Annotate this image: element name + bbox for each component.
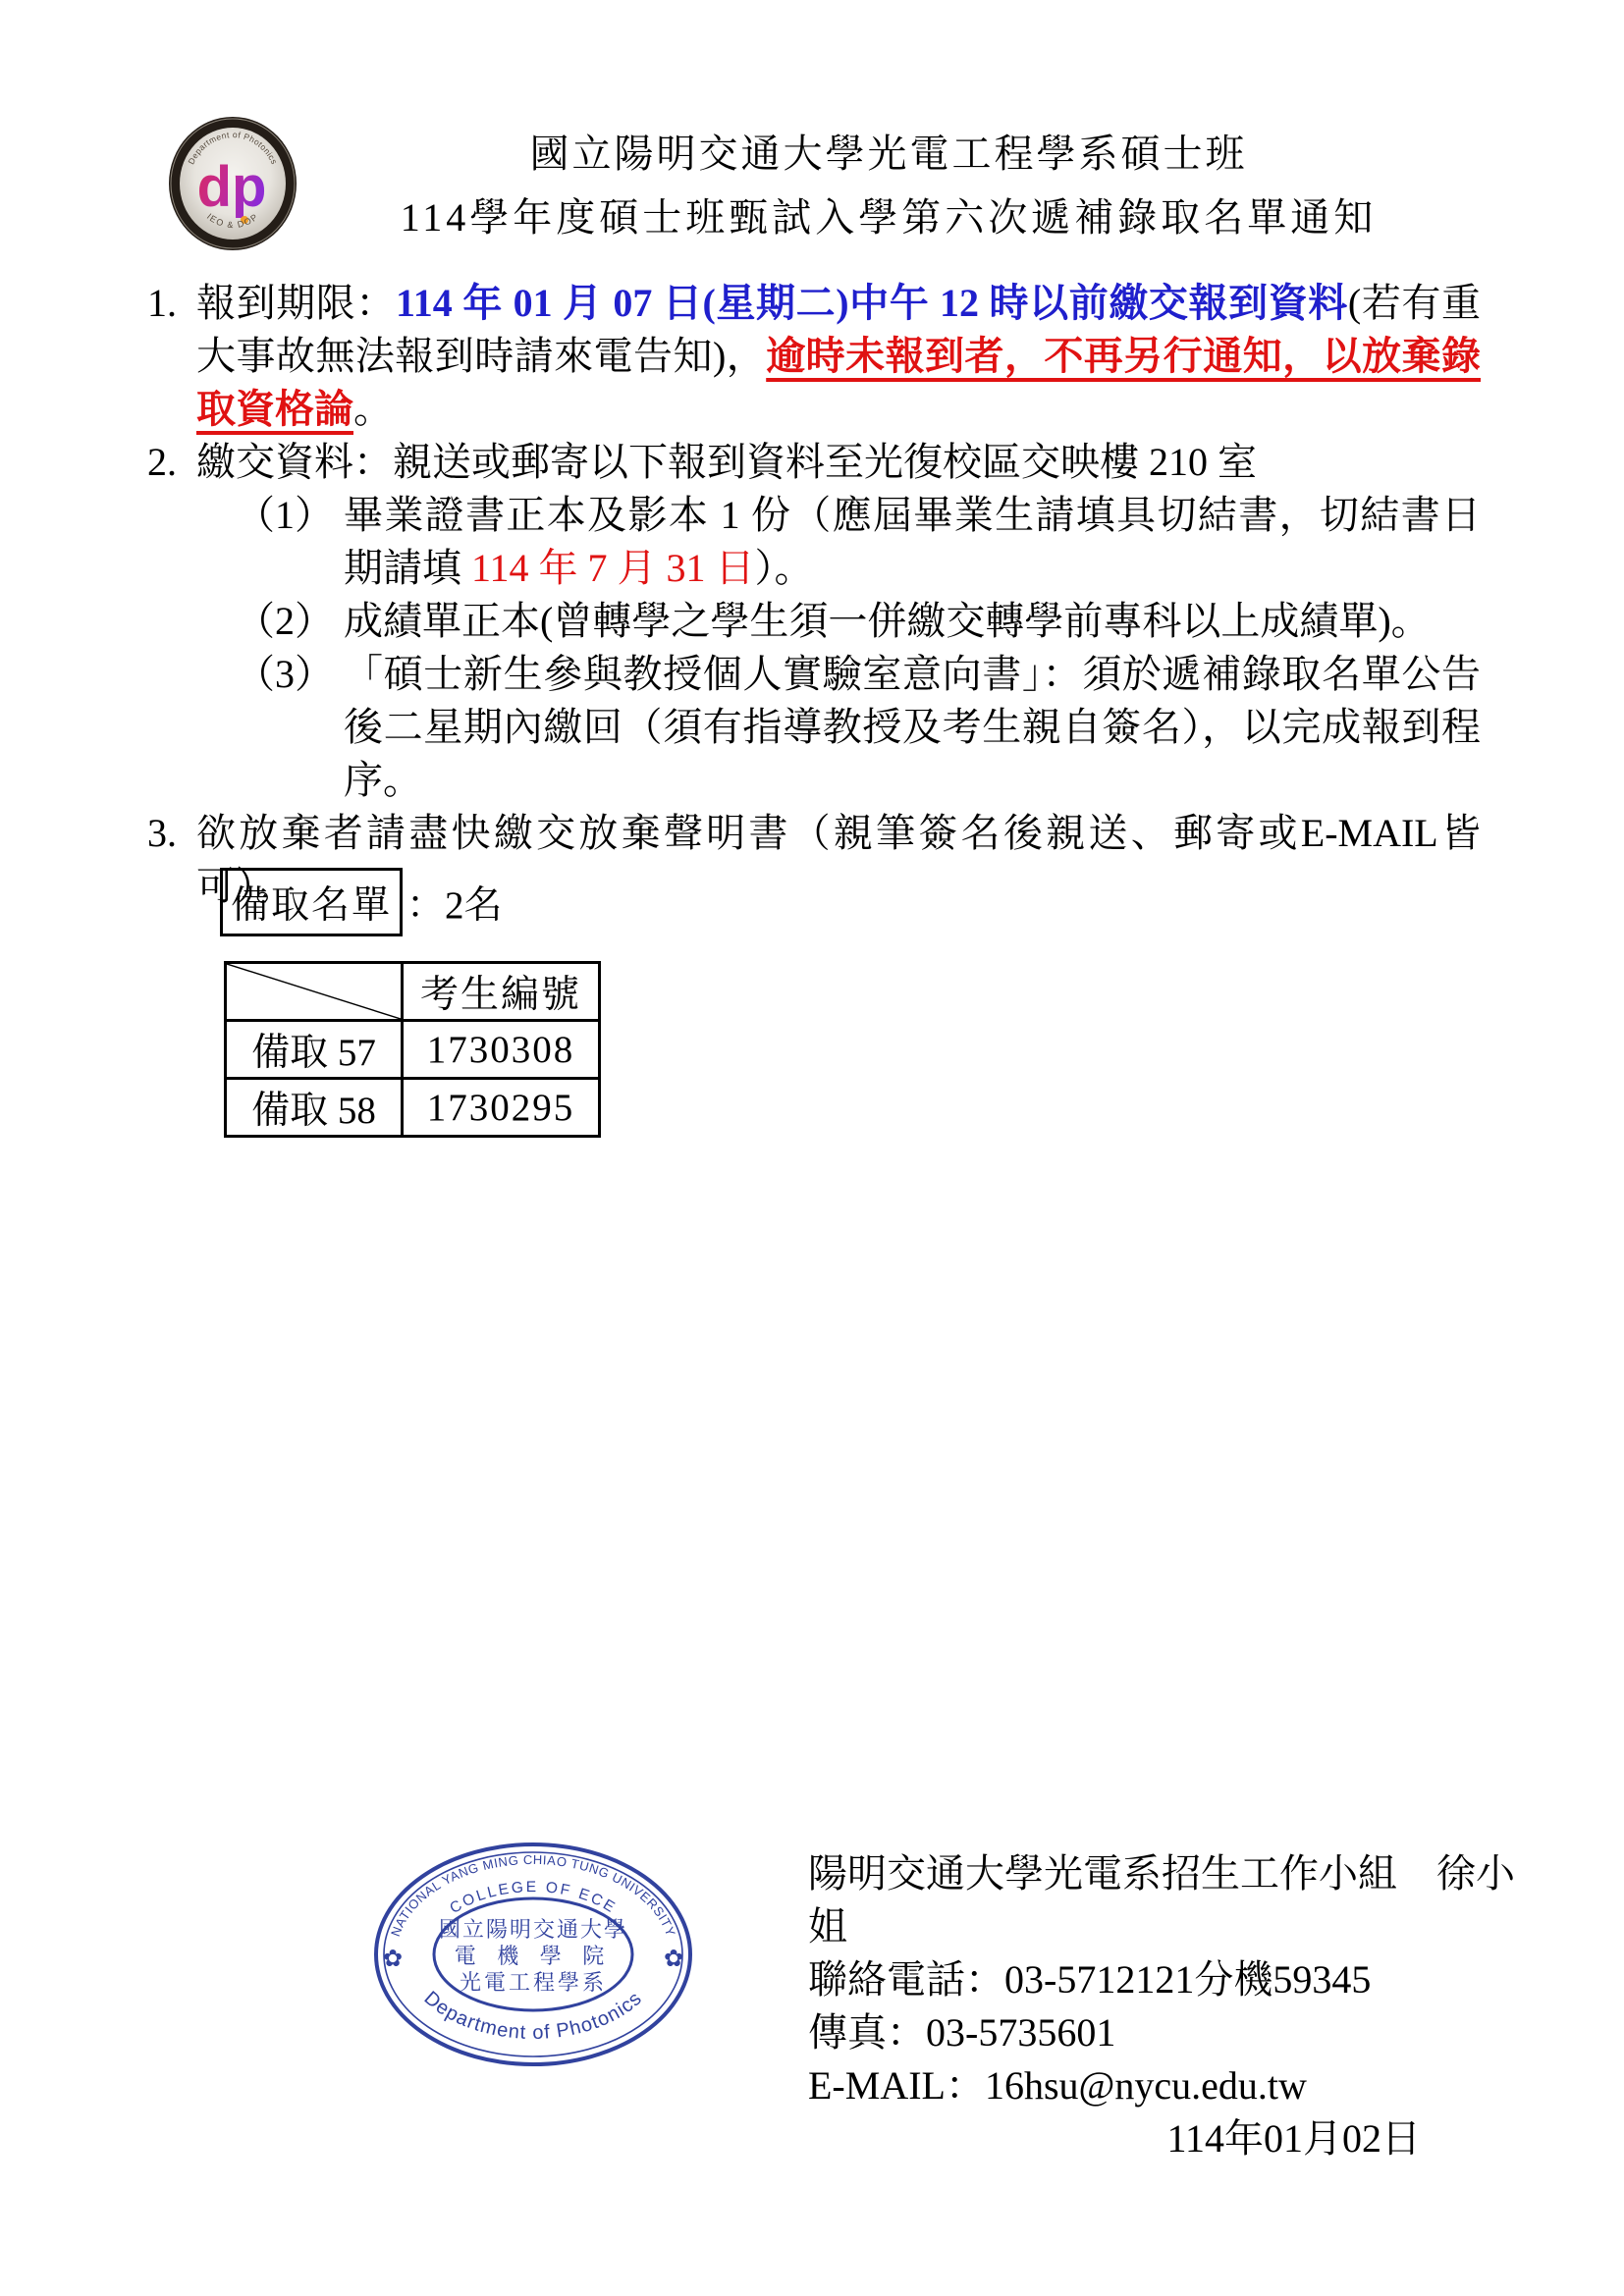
waitlist-count: ：2名 — [406, 875, 503, 930]
stamp-seal-icon: NATIONAL YANG MING CHIAO TUNG UNIVERSITY… — [371, 1838, 695, 2071]
notice-item-1: 1. 報到期限：114 年 01 月 07 日(星期二)中午 12 時以前繳交報… — [147, 277, 1481, 436]
notice-list: 1. 報到期限：114 年 01 月 07 日(星期二)中午 12 時以前繳交報… — [147, 277, 1481, 913]
item-text: 報到期限：114 年 01 月 07 日(星期二)中午 12 時以前繳交報到資料… — [196, 277, 1481, 436]
contact-block: 陽明交通大學光電系招生工作小組 徐小姐 聯絡電話：03-5712121分機593… — [808, 1847, 1517, 2165]
deadline-label: 報到期限： — [196, 281, 396, 325]
dp-badge-icon: Department of Photonics dp IEO & DOP — [167, 116, 298, 251]
sub-item-text: 「碩士新生參與教授個人實驗室意向書」：須於遞補錄取名單公告後二星期內繳回（須有指… — [344, 648, 1481, 807]
candidate-id-cell: 1730295 — [403, 1079, 600, 1137]
candidate-id-cell: 1730308 — [403, 1021, 600, 1079]
stamp-cn-line2: 電 機 學 院 — [455, 1944, 613, 1968]
sub-item-number: （2） — [236, 595, 344, 648]
waitlist-table: 考生編號 備取 57 1730308 備取 58 1730295 — [224, 961, 601, 1138]
rank-cell: 備取 57 — [226, 1021, 403, 1079]
sub-item-text: 畢業證書正本及影本 1 份（應屆畢業生請填具切結書，切結書日期請填 114 年 … — [344, 489, 1481, 595]
item-text: 繳交資料：親送或郵寄以下報到資料至光復校區交映樓 210 室 — [196, 436, 1481, 489]
notice-item-2-sub-3: （3） 「碩士新生參與教授個人實驗室意向書」：須於遞補錄取名單公告後二星期內繳回… — [236, 648, 1481, 807]
period-mark: 。 — [353, 387, 393, 431]
page-title-line1: 國立陽明交通大學光電工程學系碩士班 — [295, 122, 1483, 186]
flower-left-icon: ✿ — [383, 1947, 403, 1972]
stamp-department-arc-text: Department of Photonics — [420, 1987, 647, 2044]
admission-notice-page: Department of Photonics dp IEO & DOP 國立陽… — [0, 0, 1624, 2296]
stamp-cn-line3: 光電工程學系 — [460, 1970, 607, 1995]
flower-right-icon: ✿ — [664, 1947, 683, 1972]
item-number: 3. — [147, 807, 196, 913]
deadline-highlight-blue: 114 年 01 月 07 日(星期二)中午 12 時以前繳交報到資料 — [396, 281, 1348, 325]
stamp-cn-line1: 國立陽明交通大學 — [439, 1917, 627, 1942]
contact-team-line: 陽明交通大學光電系招生工作小組 徐小姐 — [808, 1847, 1517, 1953]
sub-item-number: （3） — [236, 648, 344, 807]
table-row: 備取 57 1730308 — [226, 1021, 600, 1079]
closing-mark: ）。 — [755, 546, 814, 590]
waitlist-label-row: 備取名單 ：2名 — [220, 868, 503, 936]
contact-fax-line: 傳真：03-5735601 — [808, 2006, 1517, 2059]
diagonal-corner-cell — [226, 963, 403, 1021]
item-number: 1. — [147, 277, 196, 436]
contact-email-line: E-MAIL：16hsu@nycu.edu.tw — [808, 2059, 1517, 2112]
item-number: 2. — [147, 436, 196, 489]
notice-item-2-sub-1: （1） 畢業證書正本及影本 1 份（應屆畢業生請填具切結書，切結書日期請填 11… — [236, 489, 1481, 595]
waitlist-label-box: 備取名單 — [220, 868, 403, 936]
notice-item-2-sub-2: （2） 成績單正本(曾轉學之學生須一併繳交轉學前專科以上成績單)。 — [236, 595, 1481, 648]
column-header-candidate-id: 考生編號 — [403, 963, 600, 1021]
contact-phone-line: 聯絡電話：03-5712121分機59345 — [808, 1953, 1517, 2006]
table-header-row: 考生編號 — [226, 963, 600, 1021]
diagonal-line-icon — [227, 964, 401, 1019]
sub-item-number: （1） — [236, 489, 344, 595]
table-row: 備取 58 1730295 — [226, 1079, 600, 1137]
sub-item-text: 成績單正本(曾轉學之學生須一併繳交轉學前專科以上成績單)。 — [344, 595, 1481, 648]
rank-cell: 備取 58 — [226, 1079, 403, 1137]
title-block: 國立陽明交通大學光電工程學系碩士班 114學年度碩士班甄試入學第六次遞補錄取名單… — [295, 122, 1483, 249]
page-title-line2: 114學年度碩士班甄試入學第六次遞補錄取名單通知 — [295, 186, 1483, 249]
notice-item-2: 2. 繳交資料：親送或郵寄以下報到資料至光復校區交映樓 210 室 — [147, 436, 1481, 489]
issue-date: 114年01月02日 — [808, 2112, 1517, 2165]
affidavit-date-red: 114 年 7 月 31 日 — [471, 546, 755, 590]
dp-monogram: dp — [197, 155, 267, 219]
department-of-photonics-logo: Department of Photonics dp IEO & DOP — [167, 116, 298, 251]
department-stamp: NATIONAL YANG MING CHIAO TUNG UNIVERSITY… — [371, 1838, 695, 2076]
